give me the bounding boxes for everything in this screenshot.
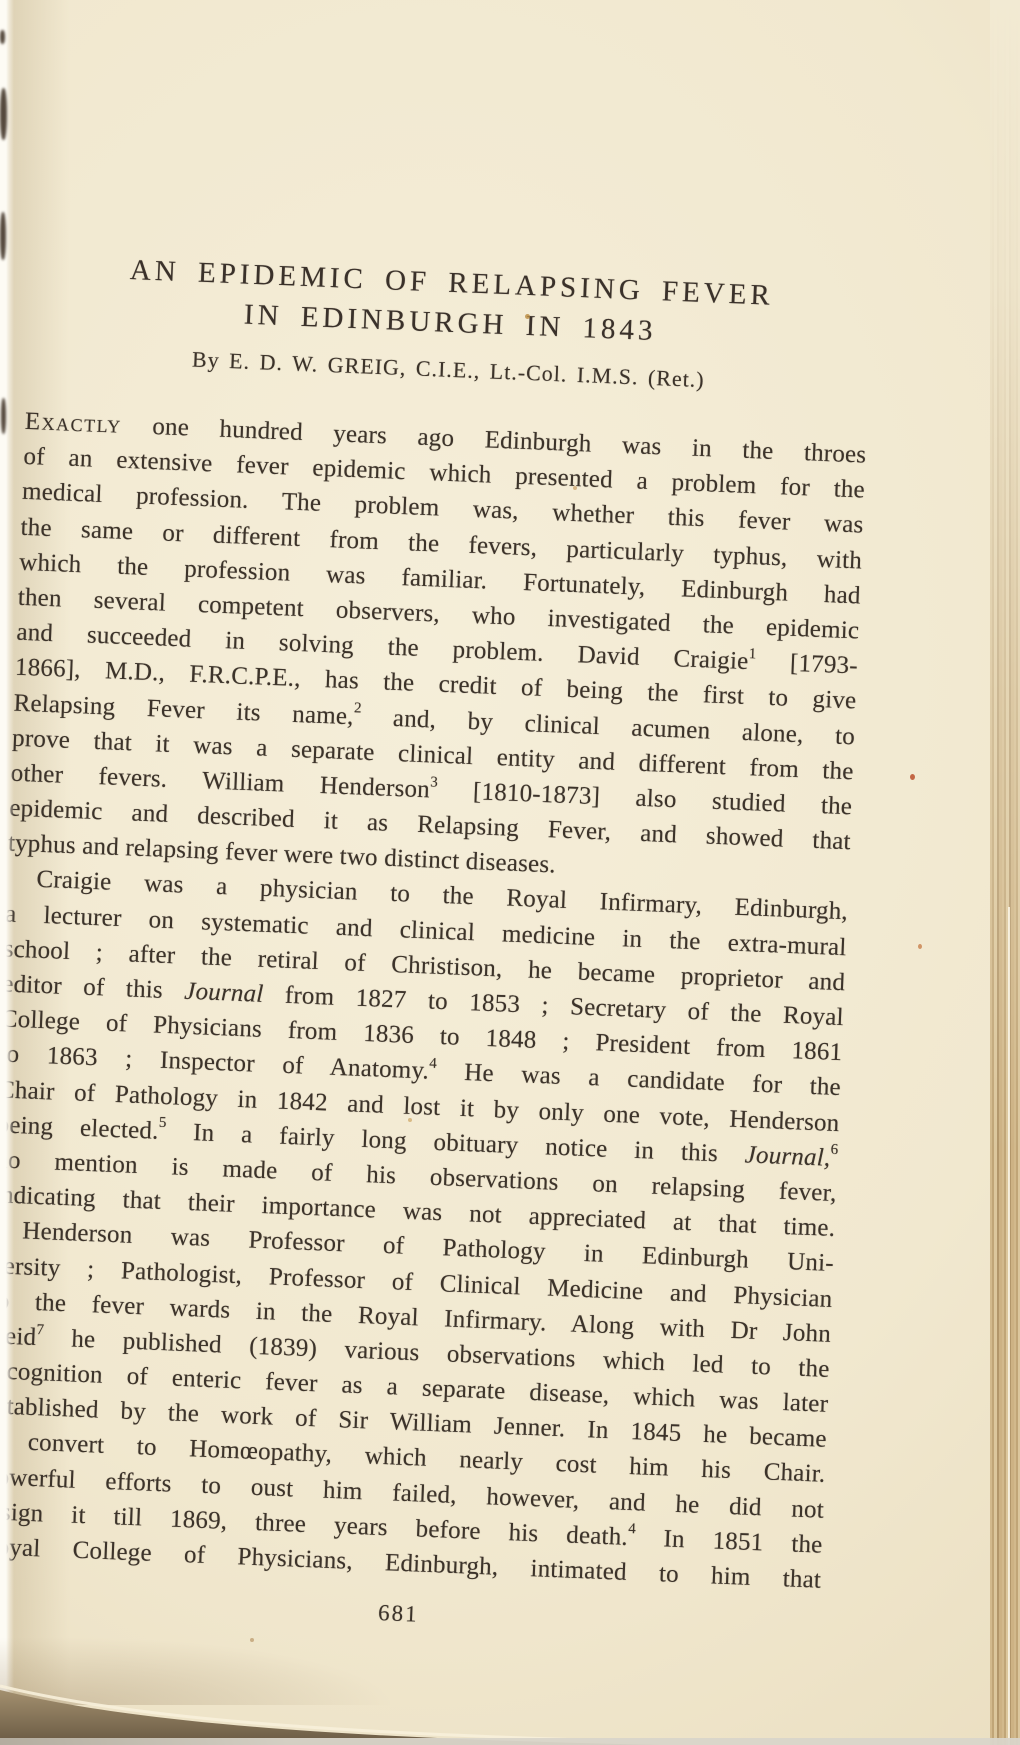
foxing-speck <box>250 1638 254 1642</box>
foxing-speck <box>918 944 922 949</box>
binding-mark <box>1 398 6 434</box>
footnote-marker: 1 <box>748 646 756 662</box>
text-segment: being elected. <box>0 1111 159 1144</box>
page-number: 681 <box>0 1584 820 1644</box>
article-body: Exactly one hundred years ago Edinburgh … <box>0 404 867 1598</box>
paragraph: Exactly one hundred years ago Edinburgh … <box>7 404 867 895</box>
foxing-speck <box>573 486 577 490</box>
footnote-marker: 4 <box>429 1056 437 1072</box>
paragraph: Henderson was Professor of Pathology in … <box>0 1213 835 1598</box>
footnote-marker: 7 <box>36 1322 44 1338</box>
text-segment: In 1851 the <box>635 1524 823 1558</box>
italic-text: Journal <box>184 978 264 1008</box>
footnote-marker: 5 <box>159 1115 167 1131</box>
page-fore-edge <box>990 0 1020 1745</box>
scanned-page: AN EPIDEMIC OF RELAPSING FEVER IN EDINBU… <box>0 0 1020 1745</box>
article: AN EPIDEMIC OF RELAPSING FEVER IN EDINBU… <box>0 246 873 1644</box>
binding-mark <box>0 212 6 260</box>
text-segment: Exactly <box>24 408 122 439</box>
paragraph: Craigie was a physician to the Royal Inf… <box>0 861 849 1246</box>
footnote-marker: 3 <box>430 774 438 790</box>
foxing-speck <box>910 774 915 780</box>
footnote-marker: 6 <box>830 1142 838 1158</box>
binding-mark <box>0 88 7 140</box>
binding-edge <box>0 0 14 1745</box>
text-segment: [1793- <box>756 649 859 680</box>
foxing-speck <box>525 314 530 319</box>
text-segment: editor of this <box>2 970 185 1004</box>
scan-bottom-edge <box>0 1738 1020 1745</box>
foxing-speck <box>408 1118 412 1122</box>
binding-mark <box>0 30 5 44</box>
italic-text: Journal, <box>744 1141 831 1171</box>
footnote-marker: 4 <box>628 1521 636 1537</box>
footnote-marker: 2 <box>354 700 362 716</box>
page-curl-shadow <box>0 1660 1020 1745</box>
